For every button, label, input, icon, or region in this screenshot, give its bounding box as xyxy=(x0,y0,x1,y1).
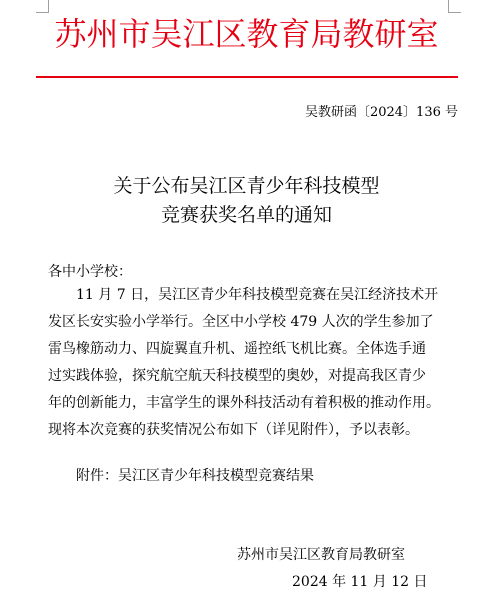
body-line: 过实践体验，探究航空航天科技模型的奥妙，对提高我区青少 xyxy=(48,363,455,390)
signature-date: 2024 年 11 月 12 日 xyxy=(292,572,428,592)
body-line: 现将本次竞赛的获奖情况公布如下（详见附件），予以表彰。 xyxy=(48,417,455,444)
document-number: 吴教研函〔2024〕136 号 xyxy=(305,104,458,122)
body-line: 发区长安实验小学举行。全区中小学校 479 人次的学生参加了 xyxy=(48,309,455,336)
letterhead-red-rule xyxy=(36,76,458,78)
body-line: 雷鸟橡筋动力、四旋翼直升机、遥控纸飞机比赛。全体选手通 xyxy=(48,336,455,363)
letterhead-title: 苏州市吴江区教育局教研室 xyxy=(0,14,493,54)
body-line: 11 月 7 日，吴江区青少年科技模型竞赛在吴江经济技术开 xyxy=(48,282,455,309)
signature-organization: 苏州市吴江区教育局教研室 xyxy=(237,545,405,565)
attachment-note: 附件：吴江区青少年科技模型竞赛结果 xyxy=(76,466,314,486)
salutation: 各中小学校： xyxy=(48,262,132,282)
body-line: 年的创新能力，丰富学生的课外科技活动有着积极的推动作用。 xyxy=(48,390,455,417)
document-title-line-2: 竞赛获奖名单的通知 xyxy=(0,201,493,229)
document-title-line-1: 关于公布吴江区青少年科技模型 xyxy=(0,172,493,200)
page-margin-corner-top-left xyxy=(36,0,49,13)
page-margin-corner-top-right xyxy=(448,0,461,13)
body-paragraph: 11 月 7 日，吴江区青少年科技模型竞赛在吴江经济技术开 发区长安实验小学举行… xyxy=(48,282,455,444)
